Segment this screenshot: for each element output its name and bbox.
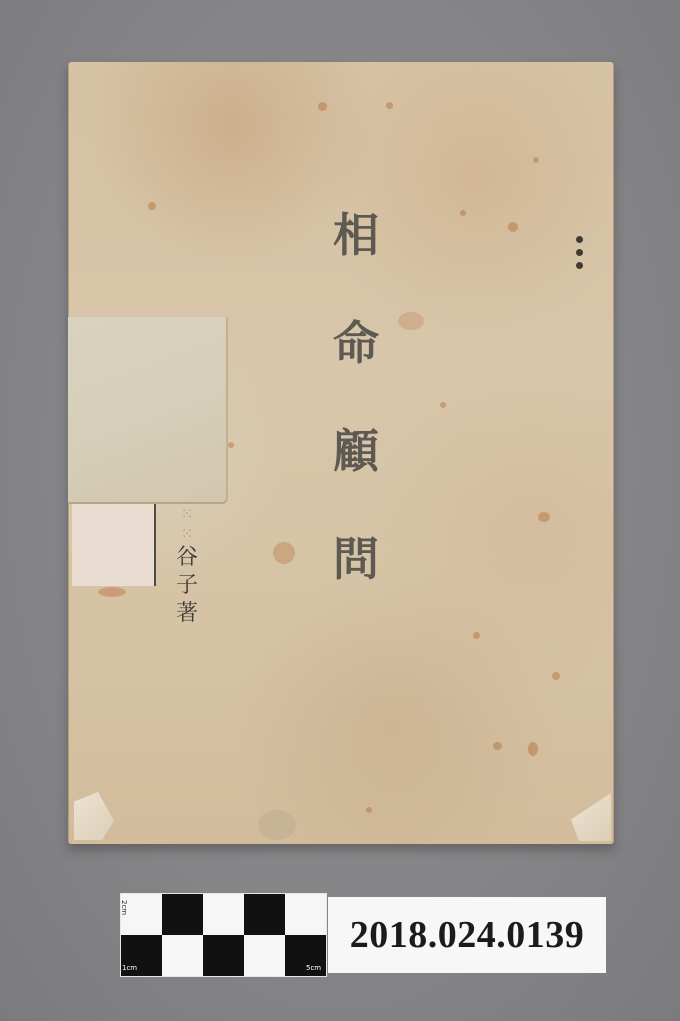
scale-cell: [244, 894, 285, 935]
author-faded-mark: ⁙: [181, 504, 194, 524]
foxing-spot: [538, 512, 550, 522]
foxing-spot: [533, 157, 539, 163]
author-faded-mark: ⁙: [181, 524, 194, 544]
torn-paper-area: [68, 317, 228, 504]
title-char: 問: [333, 536, 379, 582]
accession-number: 2018.024.0139: [350, 913, 585, 957]
foxing-spot: [366, 807, 372, 813]
scale-cell: [244, 935, 285, 976]
book-cover: 相 命 顧 問 ⁙ ⁙ 谷 子 著: [68, 62, 614, 844]
scale-bar: [120, 893, 327, 977]
foxing-spot: [440, 402, 446, 408]
book-title: 相 命 顧 問: [326, 212, 386, 644]
scale-label-5cm: 5cm: [306, 964, 321, 972]
scale-label-1cm: 1cm: [122, 964, 137, 972]
foxing-spot: [552, 672, 560, 680]
foxing-spot: [398, 312, 424, 330]
exposed-inner-page: [72, 504, 156, 586]
scale-label-2cm: 2cm: [120, 900, 128, 915]
foxing-spot: [228, 442, 234, 448]
scale-cell: [162, 935, 203, 976]
foxing-spot: [148, 202, 156, 210]
title-char: 相: [333, 212, 379, 258]
accession-number-label: 2018.024.0139: [328, 897, 606, 973]
title-char: 顧: [333, 428, 379, 474]
scale-cell: [162, 894, 203, 935]
title-char: 命: [333, 320, 379, 366]
foxing-spot: [386, 102, 393, 109]
foxing-spot: [528, 742, 538, 756]
foxing-spot: [258, 810, 296, 840]
foxing-spot: [460, 210, 466, 216]
author-char: 谷: [176, 544, 198, 572]
foxing-spot: [493, 742, 502, 750]
author-char: 著: [176, 600, 198, 628]
scale-cell: [285, 894, 326, 935]
folded-corner-bottom-left: [74, 792, 114, 840]
foxing-spot: [273, 542, 295, 564]
foxing-spot: [508, 222, 518, 232]
author-line: ⁙ ⁙ 谷 子 著: [172, 504, 202, 628]
scale-cell: [203, 935, 244, 976]
author-char: 子: [176, 572, 198, 600]
foxing-spot: [318, 102, 327, 111]
foxing-spot: [473, 632, 480, 639]
foxing-spot: [98, 587, 126, 597]
scale-cell: [203, 894, 244, 935]
edge-ink-marks: [576, 236, 584, 275]
folded-corner-bottom-right: [571, 793, 611, 841]
